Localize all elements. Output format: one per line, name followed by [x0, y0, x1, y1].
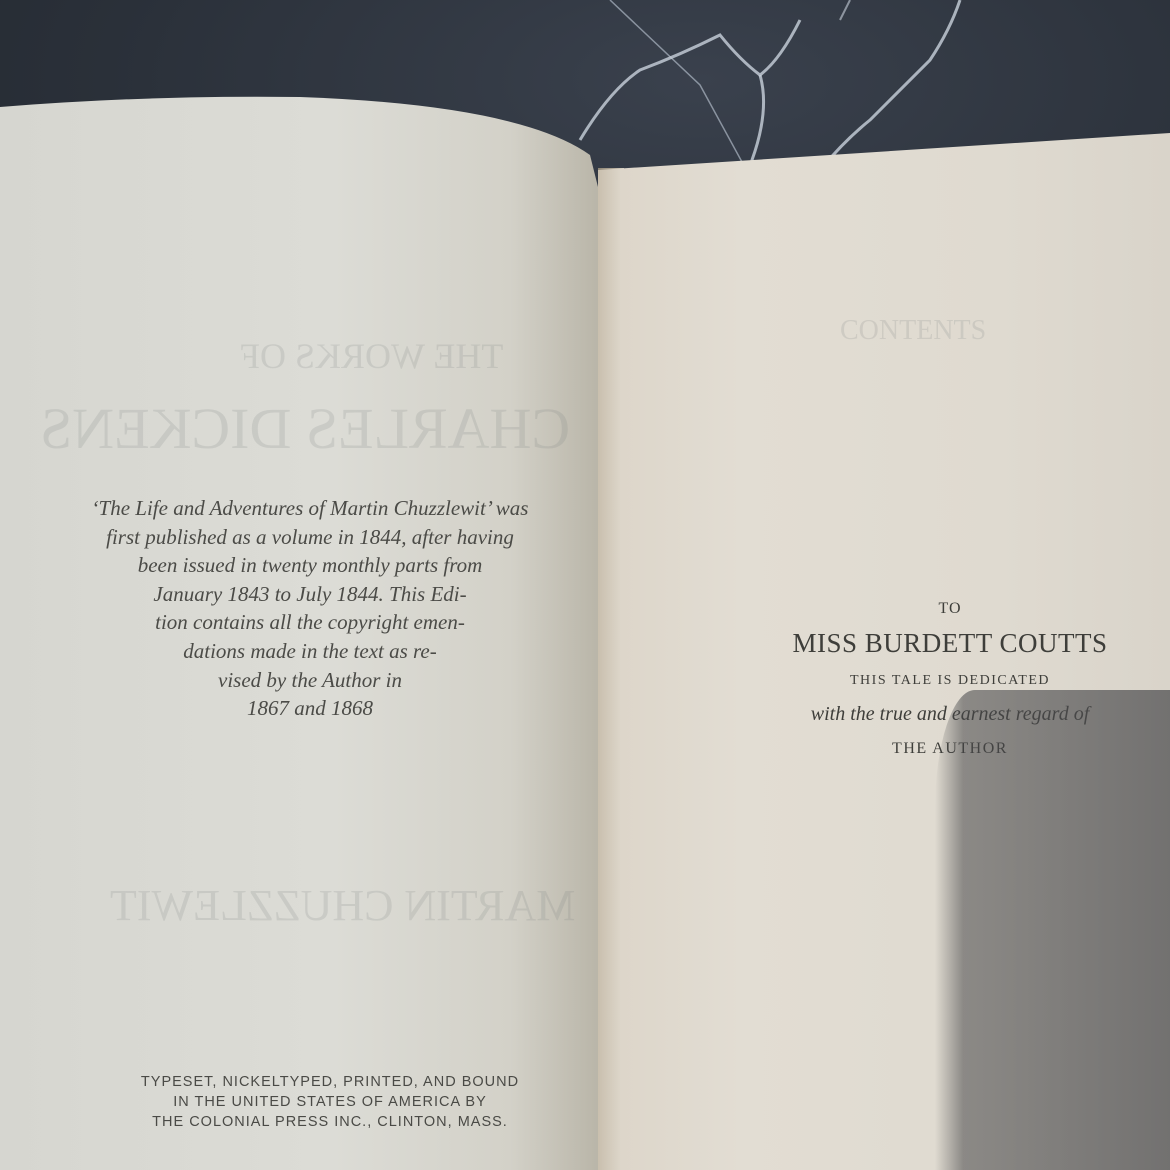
- note-line: vised by the Author in: [30, 666, 590, 695]
- printer-imprint: TYPESET, NICKELTYPED, PRINTED, AND BOUND…: [100, 1072, 560, 1132]
- note-line: ‘The Life and Adventures of Martin Chuzz…: [30, 494, 590, 523]
- show-through-works: THE WORKS OF: [240, 335, 503, 377]
- note-line: 1867 and 1868: [30, 694, 590, 723]
- note-line: been issued in twenty monthly parts from: [30, 551, 590, 580]
- imprint-line: IN THE UNITED STATES OF AMERICA BY: [100, 1092, 560, 1112]
- note-line: dations made in the text as re-: [30, 637, 590, 666]
- imprint-line: TYPESET, NICKELTYPED, PRINTED, AND BOUND: [100, 1072, 560, 1092]
- note-line: first published as a volume in 1844, aft…: [30, 523, 590, 552]
- show-through-contents: CONTENTS: [840, 315, 986, 347]
- note-line: tion contains all the copyright emen-: [30, 608, 590, 637]
- hand-shadow: [935, 690, 1170, 1170]
- show-through-title: MARTIN CHUZZLEWIT: [110, 880, 575, 931]
- dedicatee-name: MISS BURDETT COUTTS: [760, 628, 1140, 659]
- dedication-to: TO: [760, 600, 1140, 618]
- publication-note: ‘The Life and Adventures of Martin Chuzz…: [30, 494, 590, 723]
- note-line: January 1843 to July 1844. This Edi-: [30, 580, 590, 609]
- dedication-subtitle: THIS TALE IS DEDICATED: [760, 673, 1140, 689]
- imprint-line: THE COLONIAL PRESS INC., CLINTON, MASS.: [100, 1112, 560, 1132]
- show-through-author: CHARLES DICKENS: [40, 395, 570, 462]
